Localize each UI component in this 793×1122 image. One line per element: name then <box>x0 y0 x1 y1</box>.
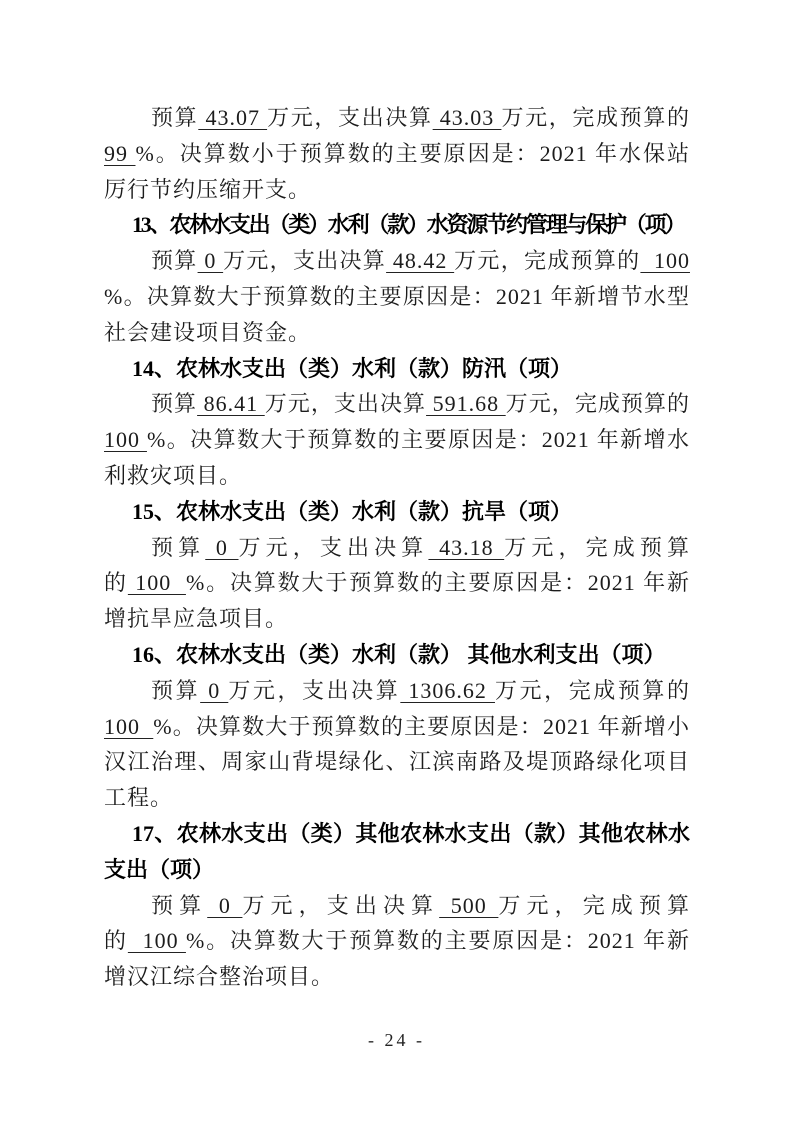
heading-13: 13、农林水支出（类）水利（款）水资源节约管理与保护（项） <box>104 207 690 243</box>
text-run: 17、农林水支出（类）其他农林水支出（款）其他农林水支出（项） <box>104 821 690 882</box>
underlined-value: 0 <box>207 893 242 918</box>
underlined-value: 43.03 <box>433 105 502 130</box>
text-run: 预算 <box>151 678 200 703</box>
underlined-value: 100 <box>128 570 186 595</box>
text-run: 万元，支出决算 <box>228 678 400 703</box>
text-run: 万元，支出决算 <box>242 893 439 918</box>
para-15: 预算 0 万元，支出决算 43.18 万元，完成预算的 100 %。决算数大于预… <box>104 530 690 637</box>
text-run: 万元，完成预算的 <box>495 678 690 703</box>
text-run: 万元，支出决算 <box>223 248 386 273</box>
text-run: 万元，支出决算 <box>267 105 433 130</box>
underlined-value: 0 <box>200 678 228 703</box>
text-run: %。决算数大于预算数的主要原因是：2021 年新增节水型社会建设项目资金。 <box>104 284 690 345</box>
document-body: 预算 43.07 万元，支出决算 43.03 万元，完成预算的 99 %。决算数… <box>104 100 690 995</box>
heading-17: 17、农林水支出（类）其他农林水支出（款）其他农林水支出（项） <box>104 816 690 888</box>
heading-14: 14、农林水支出（类）水利（款）防汛（项） <box>104 351 690 387</box>
underlined-value: 99 <box>104 141 136 166</box>
underlined-value: 0 <box>205 535 238 560</box>
underlined-value: 100 <box>104 714 153 739</box>
text-run: %。决算数大于预算数的主要原因是：2021 年新增抗旱应急项目。 <box>104 570 690 631</box>
text-run: %。决算数大于预算数的主要原因是：2021 年新增小汉江治理、周家山背堤绿化、江… <box>104 714 690 811</box>
para-16: 预算 0 万元，支出决算 1306.62 万元，完成预算的 100 %。决算数大… <box>104 673 690 816</box>
underlined-value: 100 <box>128 928 186 953</box>
text-run: 预算 <box>151 893 207 918</box>
para-continued: 预算 43.07 万元，支出决算 43.03 万元，完成预算的 99 %。决算数… <box>104 100 690 207</box>
text-run: 16、农林水支出（类）水利（款） 其他水利支出（项） <box>132 642 666 667</box>
text-run: 万元，支出决算 <box>239 535 429 560</box>
underlined-value: 500 <box>439 893 498 918</box>
para-13: 预算 0 万元，支出决算 48.42 万元，完成预算的 100 %。决算数大于预… <box>104 243 690 350</box>
underlined-value: 1306.62 <box>400 678 495 703</box>
underlined-value: 43.18 <box>428 535 504 560</box>
text-run: 13、农林水支出（类）水利（款）水资源节约管理与保护（项） <box>132 212 684 237</box>
para-17: 预算 0 万元，支出决算 500 万元，完成预算的 100 %。决算数大于预算数… <box>104 888 690 995</box>
page-number: - 24 - <box>0 1030 793 1051</box>
underlined-value: 86.41 <box>197 391 265 416</box>
underlined-value: 0 <box>198 248 224 273</box>
text-run: 万元，完成预算的 <box>506 391 690 416</box>
text-run: 预算 <box>151 391 197 416</box>
text-run: 15、农林水支出（类）水利（款）抗旱（项） <box>132 499 572 524</box>
underlined-value: 591.68 <box>426 391 506 416</box>
text-run: %。决算数大于预算数的主要原因是：2021 年新增水利救灾项目。 <box>104 427 690 488</box>
text-run: 预算 <box>151 535 205 560</box>
underlined-value: 100 <box>104 427 147 452</box>
underlined-value: 100 <box>640 248 690 273</box>
para-14: 预算 86.41 万元，支出决算 591.68 万元，完成预算的 100 %。决… <box>104 386 690 493</box>
heading-16: 16、农林水支出（类）水利（款） 其他水利支出（项） <box>104 637 690 673</box>
text-run: 预算 <box>151 105 198 130</box>
text-run: 万元，完成预算的 <box>501 105 690 130</box>
text-run: 万元，支出决算 <box>265 391 426 416</box>
underlined-value: 48.42 <box>386 248 454 273</box>
text-run: 预算 <box>151 248 198 273</box>
text-run: 万元，完成预算的 <box>454 248 640 273</box>
heading-15: 15、农林水支出（类）水利（款）抗旱（项） <box>104 494 690 530</box>
text-run: 14、农林水支出（类）水利（款）防汛（项） <box>132 356 572 381</box>
text-run: %。决算数大于预算数的主要原因是：2021 年新增汉江综合整治项目。 <box>104 928 690 989</box>
text-run: %。决算数小于预算数的主要原因是：2021 年水保站厉行节约压缩开支。 <box>104 141 690 202</box>
document-page: 预算 43.07 万元，支出决算 43.03 万元，完成预算的 99 %。决算数… <box>0 0 793 1122</box>
underlined-value: 43.07 <box>198 105 267 130</box>
